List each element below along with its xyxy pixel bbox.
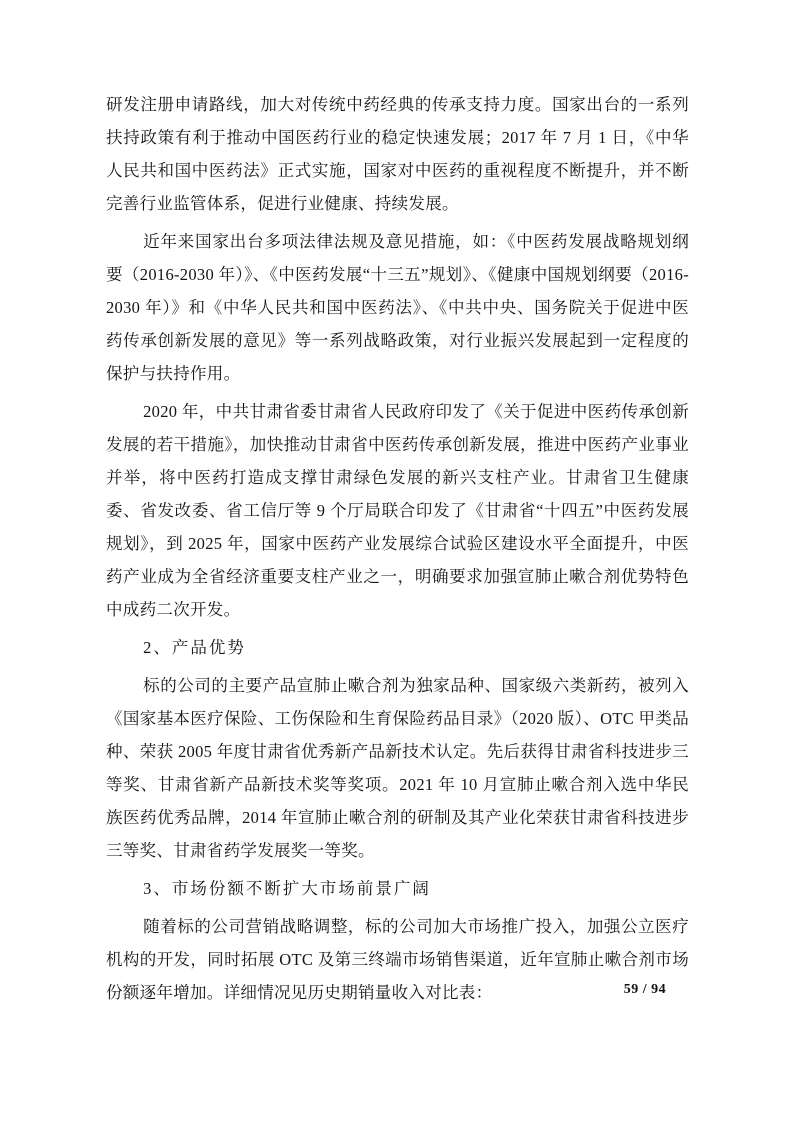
paragraph-gansu-province-policy: 2020 年，中共甘肃省委甘肃省人民政府印发了《关于促进中医药传承创新发展的若干…	[106, 395, 689, 626]
paragraph-national-policy-support: 研发注册申请路线，加大对传统中药经典的传承支持力度。国家出台的一系列扶持政策有利…	[106, 88, 689, 220]
page-content: 研发注册申请路线，加大对传统中药经典的传承支持力度。国家出台的一系列扶持政策有利…	[106, 88, 689, 1014]
paragraph-laws-and-regulations: 近年来国家出台多项法律法规及意见措施，如：《中医药发展战略规划纲要（2016-2…	[106, 225, 689, 390]
document-page: 研发注册申请路线，加大对传统中药经典的传承支持力度。国家出台的一系列扶持政策有利…	[0, 0, 793, 1122]
section-heading-product-advantage: 2、产品优势	[106, 631, 689, 664]
section-heading-market-share: 3、市场份额不断扩大市场前景广阔	[106, 872, 689, 905]
paragraph-product-awards: 标的公司的主要产品宣肺止嗽合剂为独家品种、国家级六类新药，被列入《国家基本医疗保…	[106, 669, 689, 867]
page-number: 59 / 94	[600, 982, 690, 998]
